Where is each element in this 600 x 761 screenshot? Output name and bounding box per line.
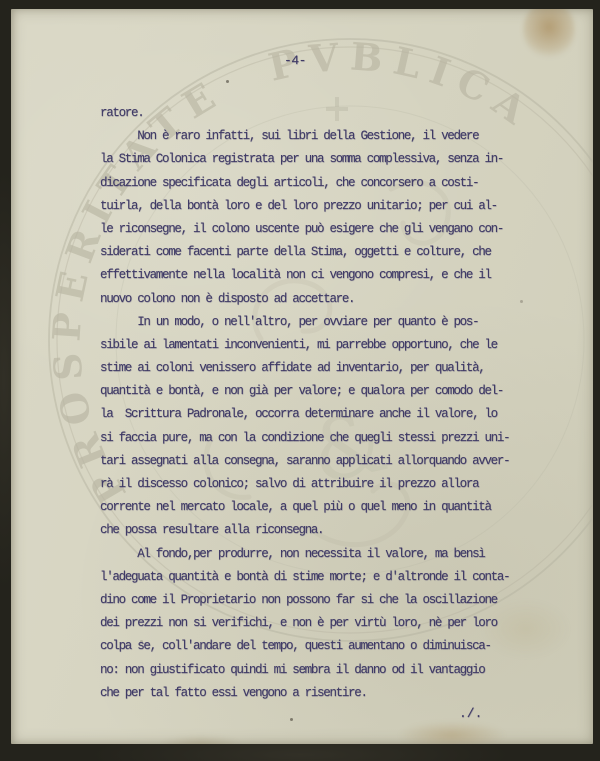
text-line: rà il discesso colonico; salvo di attrib…	[100, 473, 530, 496]
document-page: PROSPERITATE PVBLICA &	[11, 9, 593, 744]
text-line: effettivamente nella località non ci ven…	[100, 264, 530, 287]
text-line: no: non giustificato quindi mi sembra il…	[100, 659, 530, 682]
text-line: In un modo, o nell'altro, per ovviare pe…	[100, 311, 530, 334]
text-line: Al fondo,per produrre, non necessita il …	[100, 543, 530, 566]
text-line: che possa resultare alla riconsegna.	[100, 519, 530, 542]
text-line: le riconsegne, il colono uscente può esi…	[100, 218, 530, 241]
text-line: dei prezzi non si verifichi, e non è per…	[100, 612, 530, 635]
text-line: corrente nel mercato locale, a quel più …	[100, 496, 530, 519]
page-number: -4-	[11, 53, 579, 68]
text-line: stime ai coloni venissero affidate ad in…	[100, 357, 530, 380]
text-line: quantità e bontà, e non già per valore; …	[100, 380, 530, 403]
text-line: dicazione specificata degli articoli, ch…	[100, 172, 530, 195]
text-line: tari assegnati alla consegna, saranno ap…	[100, 450, 530, 473]
typewritten-text: ratore. Non è raro infatti, sui libri de…	[100, 102, 530, 705]
text-line: l'adeguata quantità e bontà di stime mor…	[100, 566, 530, 589]
text-line: tuirla, della bontà loro e del loro prez…	[100, 195, 530, 218]
text-line: nuovo colono non è disposto ad accettare…	[100, 288, 530, 311]
text-line: la Stima Colonica registrata per una som…	[100, 148, 530, 171]
text-line: dino come il Proprietario non possono fa…	[100, 589, 530, 612]
text-line: Non è raro infatti, sui libri della Gest…	[100, 125, 530, 148]
text-line: colpa se, coll'andare del tempo, questi …	[100, 635, 530, 658]
text-line: ratore.	[100, 102, 530, 125]
text-line: si faccia pure, ma con la condizione che…	[100, 427, 530, 450]
continuation-mark: ./.	[459, 706, 482, 721]
text-line: la Scrittura Padronale, occorra determin…	[100, 403, 530, 426]
text-line: che per tal fatto essi vengono a risenti…	[100, 682, 530, 705]
scan-backdrop: PROSPERITATE PVBLICA &	[0, 0, 600, 761]
text-line: sibile ai lamentati inconvenienti, mi pa…	[100, 334, 530, 357]
text-line: siderati come facenti parte della Stima,…	[100, 241, 530, 264]
